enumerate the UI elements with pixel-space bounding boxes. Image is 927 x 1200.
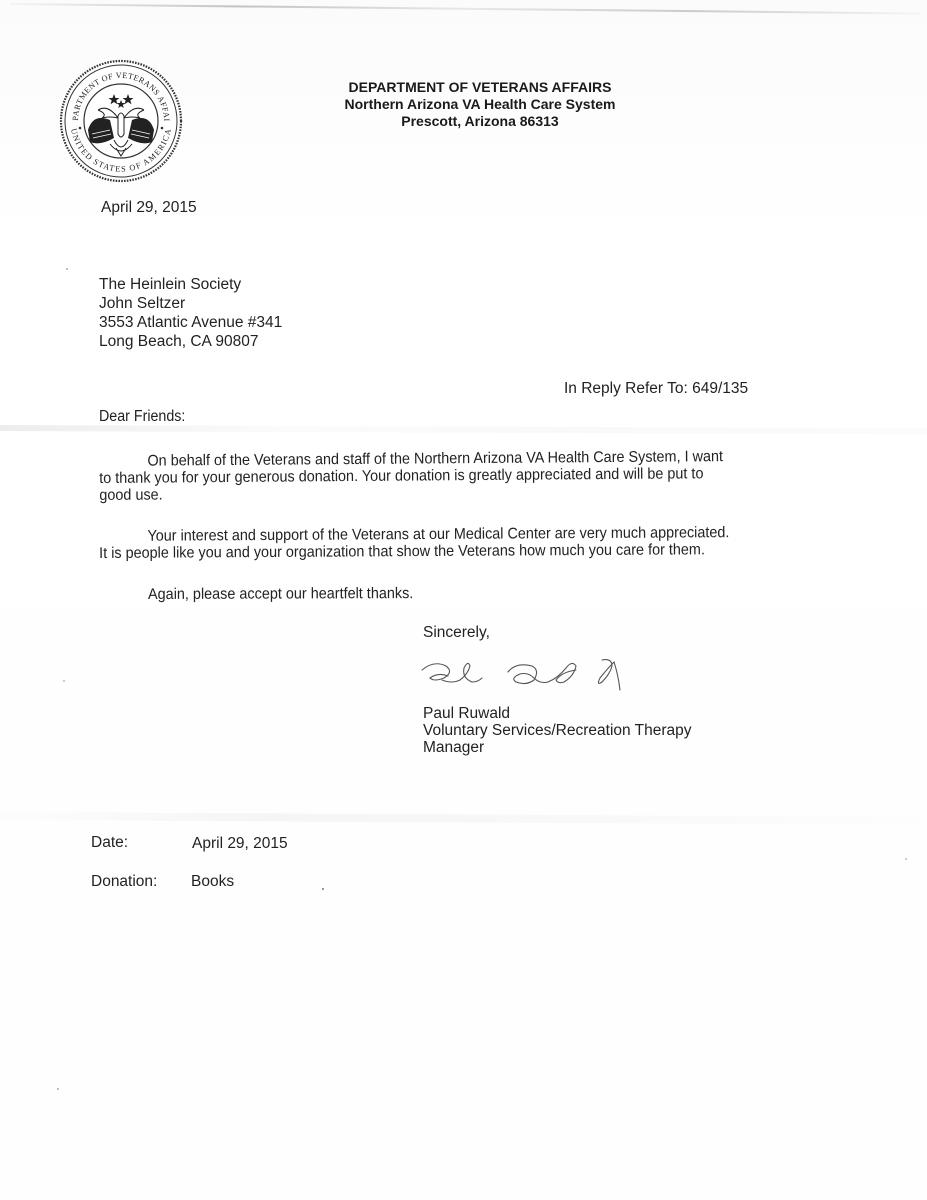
paragraph-line: It is people like you and your organizat… [99, 541, 806, 562]
donation-type-value: Books [191, 873, 234, 891]
scanned-letter-page: DEPARTMENT OF VETERANS AFFAIRS UNITED ST… [0, 0, 927, 1200]
scan-speck [57, 1088, 59, 1090]
scan-artifact-lower-fold [0, 812, 927, 825]
scan-artifact-fold-line [0, 425, 927, 434]
recipient-address: The Heinlein Society John Seltzer 3553 A… [99, 275, 282, 351]
scan-speck [905, 858, 907, 860]
facility-name: Northern Arizona VA Health Care System [300, 96, 660, 113]
signer-title: Voluntary Services/Recreation Therapy [423, 722, 692, 739]
closing: Sincerely, [423, 624, 490, 642]
department-name: DEPARTMENT OF VETERANS AFFAIRS [300, 79, 660, 96]
body-paragraph-2: Your interest and support of the Veteran… [99, 524, 806, 562]
signer-title-continued: Manager [423, 739, 692, 756]
signer-block: Paul Ruwald Voluntary Services/Recreatio… [423, 705, 692, 756]
scan-speck [322, 888, 324, 890]
handwritten-signature-icon [416, 652, 636, 707]
recipient-name: John Seltzer [99, 294, 282, 313]
recipient-street: 3553 Atlantic Avenue #341 [99, 313, 282, 332]
letter-date: April 29, 2015 [101, 199, 197, 217]
body-paragraph-3: Again, please accept our heartfelt thank… [148, 585, 413, 603]
reply-reference: In Reply Refer To: 649/135 [564, 380, 748, 398]
signer-name: Paul Ruwald [423, 705, 692, 722]
recipient-organization: The Heinlein Society [99, 275, 282, 294]
facility-location: Prescott, Arizona 86313 [300, 113, 660, 130]
scan-speck [66, 268, 68, 270]
letterhead: DEPARTMENT OF VETERANS AFFAIRS Northern … [300, 79, 660, 130]
scan-speck [63, 680, 65, 682]
department-of-veterans-affairs-seal-icon: DEPARTMENT OF VETERANS AFFAIRS UNITED ST… [58, 58, 184, 184]
body-paragraph-1: On behalf of the Veterans and staff of t… [99, 448, 797, 504]
salutation: Dear Friends: [99, 408, 185, 426]
recipient-city-state-zip: Long Beach, CA 90807 [99, 332, 282, 351]
donation-date-value: April 29, 2015 [192, 835, 288, 853]
donation-date-label: Date: [91, 834, 128, 852]
scan-artifact-top-edge [10, 3, 920, 15]
paragraph-line: Again, please accept our heartfelt thank… [148, 585, 413, 603]
donation-type-label: Donation: [91, 873, 157, 891]
